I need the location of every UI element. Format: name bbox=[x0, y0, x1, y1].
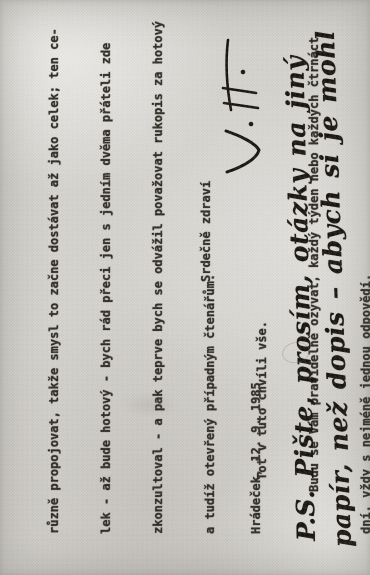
signature-dot bbox=[249, 122, 254, 127]
signature-vh-handwritten bbox=[215, 30, 270, 180]
closing-line: Srdečně zdraví bbox=[196, 181, 216, 282]
signature-h-bar bbox=[227, 40, 231, 110]
typed-line: dní, vždy s nejméně jednou odpovědí. bbox=[354, 21, 370, 534]
typed-line: různě propojovat, takže smysl to začne d… bbox=[42, 21, 66, 534]
scanned-letter-page: různě propojovat, takže smysl to začne d… bbox=[0, 0, 370, 575]
letter-content: různě propojovat, takže smysl to začne d… bbox=[0, 0, 370, 575]
typed-line: zkonzultoval - a pak teprve bych se odvá… bbox=[146, 21, 170, 534]
typed-line: lek - až bude hotový - bych rád přeci je… bbox=[94, 21, 118, 534]
dateline: Hrádeček, 12. 9. 1985 bbox=[246, 382, 266, 534]
signature-v-stroke bbox=[226, 131, 259, 172]
signature-dot bbox=[241, 70, 246, 75]
